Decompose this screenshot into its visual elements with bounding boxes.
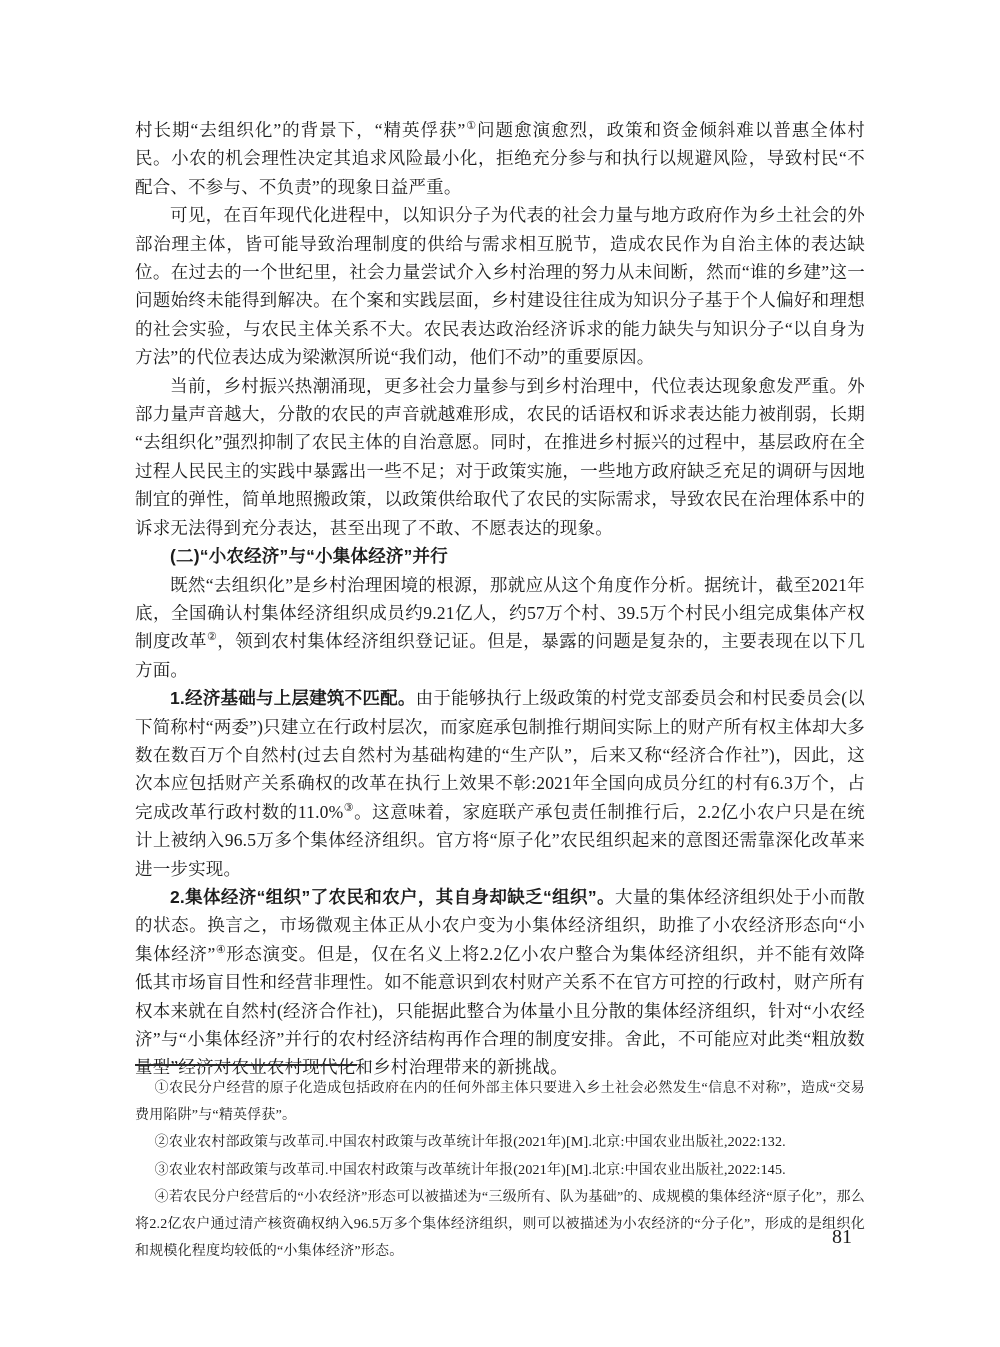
- section-heading: (二)“小农经济”与“小集体经济”并行: [135, 542, 865, 570]
- page-number: 81: [832, 1226, 852, 1249]
- footnote-marker: ④: [215, 944, 226, 956]
- footnote-section: ①农民分户经营的原子化造成包括政府在内的任何外部主体只要进入乡土社会必然发生“信…: [135, 1064, 865, 1265]
- body-paragraph: 当前，乡村振兴热潮涌现，更多社会力量参与到乡村治理中，代位表达现象愈发严重。外部…: [135, 372, 865, 542]
- paragraph-text: 可见，在百年现代化进程中，以知识分子为代表的社会力量与地方政府作为乡土社会的外部…: [135, 205, 865, 367]
- journal-page: 村长期“去组织化”的背景下，“精英俘获”①问题愈演愈烈，政策和资金倾斜难以普惠全…: [0, 0, 1000, 1347]
- footnote-marker: ①: [466, 120, 478, 132]
- body-paragraph: 2.集体经济“组织”了农民和农户，其自身却缺乏“组织”。大量的集体经济组织处于小…: [135, 883, 865, 1082]
- body-paragraph: 可见，在百年现代化进程中，以知识分子为代表的社会力量与地方政府作为乡土社会的外部…: [135, 201, 865, 371]
- paragraph-lead-text: 2.集体经济“组织”了农民和农户，其自身却缺乏“组织”。: [170, 887, 615, 907]
- footnote-marker: ②: [207, 631, 217, 643]
- paragraph-text: 当前，乡村振兴热潮涌现，更多社会力量参与到乡村治理中，代位表达现象愈发严重。外部…: [135, 376, 865, 538]
- footnote-marker: ③: [343, 802, 354, 814]
- body-paragraph: 既然“去组织化”是乡村治理困境的根源，那就应从这个角度作分析。据统计，截至202…: [135, 571, 865, 685]
- paragraph-text: 村长期“去组织化”的背景下，“精英俘获”: [135, 120, 466, 140]
- footnote-1: ①农民分户经营的原子化造成包括政府在内的任何外部主体只要进入乡土社会必然发生“信…: [135, 1075, 865, 1129]
- footnote-3: ③农业农村部政策与改革司.中国农村政策与改革统计年报(2021年)[M].北京:…: [135, 1157, 865, 1184]
- paragraph-text: 形态演变。但是，仅在名义上将2.2亿小农户整合为集体经济组织，并不能有效降低其市…: [135, 944, 865, 1078]
- footnote-4: ④若农民分户经营后的“小农经济”形态可以被描述为“三级所有、队为基础”的、成规模…: [135, 1184, 865, 1266]
- body-paragraph: 1.经济基础与上层建筑不匹配。由于能够执行上级政策的村党支部委员会和村民委员会(…: [135, 684, 865, 883]
- footnote-2: ②农业农村部政策与改革司.中国农村政策与改革统计年报(2021年)[M].北京:…: [135, 1129, 865, 1156]
- main-text-block: 村长期“去组织化”的背景下，“精英俘获”①问题愈演愈烈，政策和资金倾斜难以普惠全…: [135, 116, 865, 1082]
- paragraph-text: ，领到农村集体经济组织登记证。但是，暴露的问题是复杂的，主要表现在以下几方面。: [135, 631, 865, 679]
- footnote-divider: [135, 1064, 357, 1066]
- paragraph-lead-text: 1.经济基础与上层建筑不匹配。: [170, 688, 416, 708]
- body-paragraph: 村长期“去组织化”的背景下，“精英俘获”①问题愈演愈烈，政策和资金倾斜难以普惠全…: [135, 116, 865, 201]
